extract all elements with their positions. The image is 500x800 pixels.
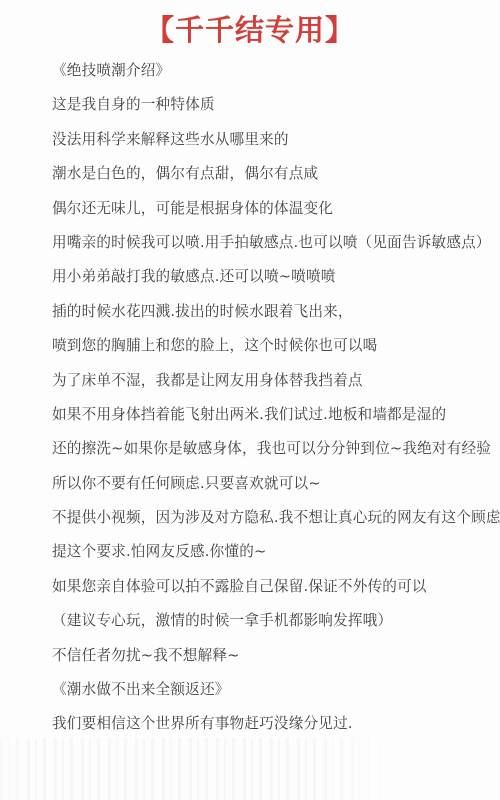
text-line: 提这个要求.怕网友反感.你懂的~ [52,535,500,569]
text-line: 偶尔还无味儿，可能是根据身体的体温变化 [52,192,500,226]
text-line: 潮水是白色的，偶尔有点甜，偶尔有点咸 [52,157,500,191]
text-line: 《潮水做不出来全额返还》 [52,673,500,707]
text-line: 如果您亲自体验可以拍不露脸自己保留.保证不外传的可以 [52,570,500,604]
text-line: 插的时候水花四溅.拔出的时候水跟着飞出来， [52,295,500,329]
text-line: 用嘴亲的时候我可以喷.用手拍敏感点.也可以喷（见面告诉敏感点） [52,226,500,260]
text-line: 我们要相信这个世界所有事物赶巧没缘分见过. [52,707,500,741]
page-title: 【千千结专用】 [0,10,500,50]
text-line: 如果不用身体挡着能飞射出两米.我们试过.地板和墙都是湿的 [52,398,500,432]
text-line: 没法用科学来解释这些水从哪里来的 [52,123,500,157]
text-image-page: 【千千结专用】 《绝技喷潮介绍》 这是我自身的一种特体质 没法用科学来解释这些水… [0,0,500,800]
text-line: 为了床单不湿，我都是让网友用身体替我挡着点 [52,364,500,398]
text-line: 用小弟弟敲打我的敏感点.还可以喷~喷喷喷 [52,260,500,294]
text-line: 喷到您的胸脯上和您的脸上，这个时候你也可以喝 [52,329,500,363]
text-line: 所以你不要有任何顾虑.只要喜欢就可以~ [52,467,500,501]
text-line: 还的擦洗~如果你是敏感身体，我也可以分分钟到位~我绝对有经验 [52,432,500,466]
jpeg-artifact-band [0,738,500,800]
text-line: 这是我自身的一种特体质 [52,88,500,122]
text-line: 不提供小视频，因为涉及对方隐私.我不想让真心玩的网友有这个顾虑 [52,501,500,535]
text-line: （建议专心玩，激情的时候一拿手机都影响发挥哦） [52,604,500,638]
text-line: 不信任者勿扰~我不想解释~ [52,639,500,673]
text-line: 《绝技喷潮介绍》 [52,54,500,88]
body-text-block: 《绝技喷潮介绍》 这是我自身的一种特体质 没法用科学来解释这些水从哪里来的 潮水… [0,50,500,742]
